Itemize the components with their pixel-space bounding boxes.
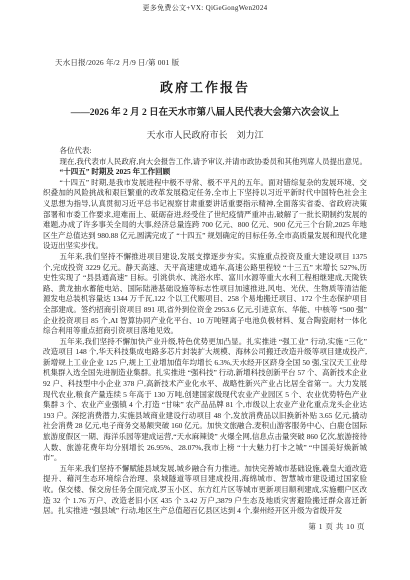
article-subtitle: ——2026 年 2 月 2 日在天水市第八届人民代表大会第六次会议上 bbox=[0, 104, 410, 118]
intro-paragraph: 现在,我代表市人民政府,向大会报告工作,请予审议,并请市政协委员和其他列席人员提… bbox=[43, 157, 367, 168]
newspaper-page: 更多免费公文+VX: QiGeGongWen2024 天水日报/2026 年/2… bbox=[0, 0, 410, 580]
article-title: 政府工作报告 bbox=[0, 77, 410, 96]
body-paragraph: “十四五” 时期,是我市发展进程中极不寻常、极不平凡的五年。面对错综复杂的发展环… bbox=[43, 178, 367, 252]
salutation: 各位代表: bbox=[43, 146, 367, 157]
watermark-text: 更多免费公文+VX: QiGeGongWen2024 bbox=[0, 3, 410, 13]
article-body: 各位代表: 现在,我代表市人民政府,向大会报告工作,请予审议,并请市政协委员和其… bbox=[43, 146, 367, 517]
body-paragraph: 五年来,我们坚持不懈推进项目建设,发展支撑逐步夯实。实施重点投资及重大建设项目 … bbox=[43, 252, 367, 337]
page-indicator: 第 1 页 共 10 页 bbox=[308, 521, 365, 532]
body-paragraph: 五年来,我们坚持不懈赋能县域发展,城乡融合有力推进。加快完善城市基础设施,羲皇大… bbox=[43, 464, 367, 517]
body-paragraph: 五年来,我们坚持不懈加快产业升级,特色优势更加凸显。扎实推进 “强工业” 行动,… bbox=[43, 337, 367, 464]
article-author: 天水市人民政府市长 刘力江 bbox=[0, 128, 410, 141]
dateline: 天水日报/2026 年/2 月/9 日/第 001 版 bbox=[55, 57, 179, 68]
section-heading: “十四五” 时期及 2025 年工作回顾 bbox=[43, 167, 367, 178]
